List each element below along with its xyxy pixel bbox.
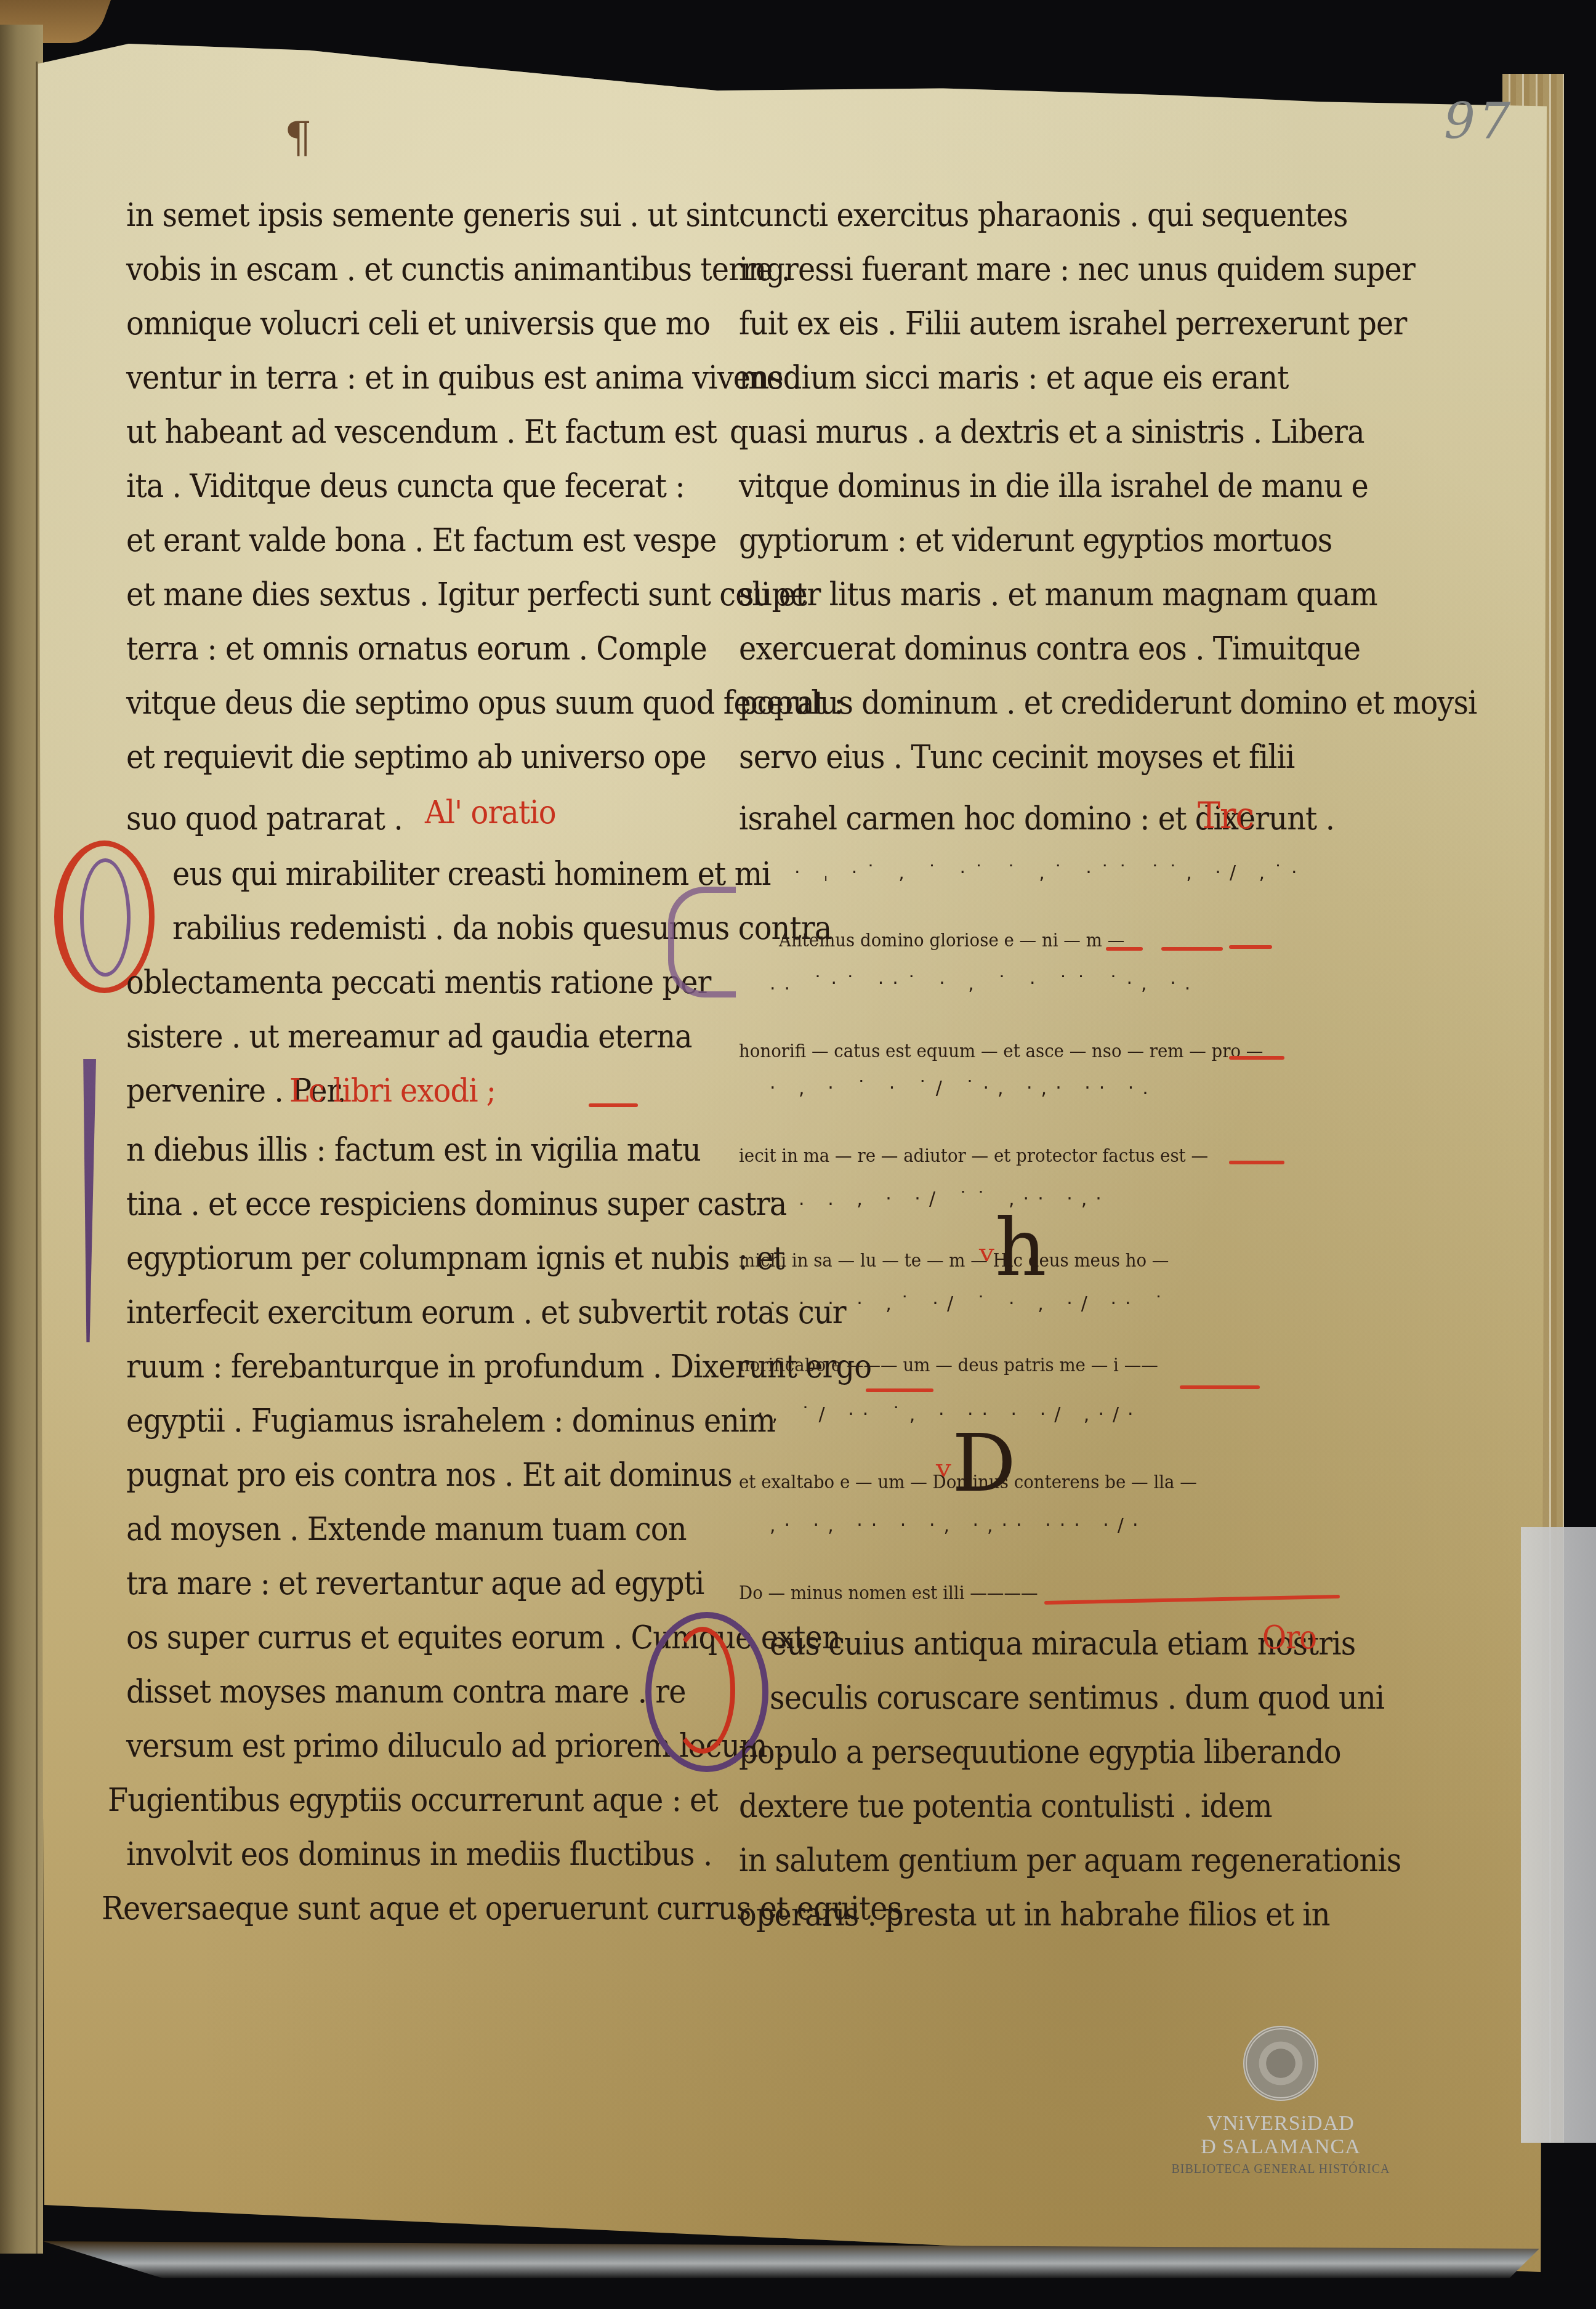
decorated-initial-C xyxy=(668,887,736,997)
neume-row: · . . , · ·/ ˙˙ ,·· ·,· xyxy=(770,1188,1110,1210)
text-line: ut habeant ad vescendum . Et factum est xyxy=(126,414,717,451)
text-line: et erant valde bona . Et factum est vesp… xyxy=(126,522,716,559)
reading-line: tina . et ecce respiciens dominus super … xyxy=(126,1186,786,1223)
neume-row: · · · · ,˙ ·/ ˙ · , ·/ ·· ˙ xyxy=(770,1293,1172,1315)
book-gutter xyxy=(0,25,43,2254)
text-line: cuncti exercitus pharaonis . qui sequent… xyxy=(739,197,1348,234)
watermark-line-2: Đ SALAMANCA xyxy=(1139,2135,1422,2159)
reading-line: pugnat pro eis contra nos . Et ait domin… xyxy=(126,1457,732,1494)
gutter-fold xyxy=(36,62,38,2254)
text-line: gyptiorum : et viderunt egyptios mortuos xyxy=(739,522,1332,559)
chant-extension-line xyxy=(1180,1385,1260,1389)
reading-line: Fugientibus egyptiis occurrerunt aque : … xyxy=(108,1782,718,1819)
reading-line: egyptii . Fugiamus israhelem : dominus e… xyxy=(126,1403,775,1440)
prayer-line: seculis coruscare sentimus . dum quod un… xyxy=(770,1680,1384,1717)
chant-text-line: Do — minus nomen est illi ———— xyxy=(739,1582,1038,1604)
prayer-line: in salutem gentium per aquam regeneratio… xyxy=(739,1842,1401,1879)
reading-line: interfecit exercitum eorum . et subverti… xyxy=(126,1294,846,1331)
rubric-tract: Trc xyxy=(1198,794,1254,837)
watermark-line-1: VNiVERSiDAD xyxy=(1139,2112,1422,2135)
chant-text-line: iecit in ma — re — adiutor — et protecto… xyxy=(739,1145,1208,1167)
chant-text-line: et exaltabo e — um — Dominus conterens b… xyxy=(739,1472,1197,1493)
prayer-line: sistere . ut mereamur ad gaudia eterna xyxy=(126,1018,692,1055)
rubric-lectio-exodi: Lc libri exodi ; xyxy=(289,1073,496,1110)
text-line: quasi murus . a dextris et a sinistris .… xyxy=(730,414,1364,451)
text-line: super litus maris . et manum magnam quam xyxy=(739,576,1377,613)
chant-text-line: michi in sa — lu — te — m — Hic deus meu… xyxy=(739,1250,1169,1271)
text-line: et requievit die septimo ab universo ope xyxy=(126,739,706,776)
chant-text-line: honorifi — catus est equum — et asce — n… xyxy=(739,1041,1263,1062)
text-line: servo eius . Tunc cecinit moyses et fili… xyxy=(739,739,1294,776)
text-line: fuit ex eis . Filii autem israhel perrex… xyxy=(739,305,1406,342)
chant-extension-line xyxy=(1106,947,1143,951)
university-seal-icon xyxy=(1243,2026,1318,2101)
text-line: exercuerat dominus contra eos . Timuitqu… xyxy=(739,631,1360,667)
rubric-oratio: Oro xyxy=(1262,1619,1316,1656)
rubric-line-filler xyxy=(589,1103,638,1107)
neume-row: .. ˙·˙ ··˙ · , ˙ · ˙˙ ˙·, ·. xyxy=(770,973,1199,994)
reading-line: n diebus illis : factum est in vigilia m… xyxy=(126,1132,701,1169)
folio-number: 97 xyxy=(1444,92,1514,150)
text-line: vitque deus die septimo opus suum quod f… xyxy=(126,685,844,722)
text-line: medium sicci maris : et aque eis erant xyxy=(739,360,1288,397)
university-watermark: VNiVERSiDAD Đ SALAMANCA BIBLIOTECA GENER… xyxy=(1139,2026,1422,2177)
reading-line: ad moysen . Extende manum tuam con xyxy=(126,1511,687,1548)
text-line: in semet ipsis semente generis sui . ut … xyxy=(126,197,739,234)
chant-extension-line xyxy=(866,1388,933,1392)
prayer-line: dextere tue potentia contulisti . idem xyxy=(739,1788,1272,1825)
neume-row: ,· ·, ·· · ·, ·,·· ··· ·/· xyxy=(770,1515,1147,1536)
initial-inner-flourish xyxy=(80,858,131,977)
reading-line: tra mare : et revertantur aque ad egypti xyxy=(126,1565,704,1602)
manuscript-photo: ¶ 97 in semet ipsis semente generis sui … xyxy=(0,0,1596,2309)
text-line: omnique volucri celi et universis que mo xyxy=(126,305,710,342)
text-line: ventur in terra : et in quibus est anima… xyxy=(126,360,800,397)
chant-initial-H: ᵛh xyxy=(979,1201,1047,1294)
chant-text-line: norificabo e ——— um — deus patris me — i… xyxy=(739,1355,1158,1376)
reading-line: egyptiorum per columpnam ignis et nubis … xyxy=(126,1240,784,1277)
reading-line: disset moyses manum contra mare . re xyxy=(126,1674,686,1711)
text-line: terra : et omnis ornatus eorum . Comple xyxy=(126,631,707,667)
chant-extension-line xyxy=(1161,947,1223,951)
chant-text-line: Antemus domino gloriose e — ni — m — xyxy=(779,930,1124,951)
chant-extension-line xyxy=(1229,1161,1284,1164)
rubric-oratio: Al' oratio xyxy=(425,794,556,831)
prayer-line: operaris . presta ut in habrahe filios e… xyxy=(739,1896,1330,1933)
text-line: ingressi fuerant mare : nec unus quidem … xyxy=(739,251,1415,288)
text-line: vitque dominus in die illa israhel de ma… xyxy=(739,468,1368,505)
text-line: suo quod patrarat . xyxy=(126,800,403,837)
chant-initial-D: ᵛD xyxy=(936,1416,1016,1510)
chant-extension-line xyxy=(1229,1056,1284,1060)
prayer-line: populo a persequutione egyptia liberando xyxy=(739,1734,1341,1771)
neume-row: · , · ˙ · ˙/ ˙·, ·,· ·· ·. xyxy=(770,1078,1157,1099)
prayer-line: eus qui mirabiliter creasti hominem et m… xyxy=(172,856,770,893)
paragraph-mark: ¶ xyxy=(284,112,312,163)
chant-extension-line xyxy=(1229,945,1272,949)
text-line: ita . Viditque deus cuncta que fecerat : xyxy=(126,468,685,505)
text-line: et mane dies sextus . Igitur perfecti su… xyxy=(126,576,807,613)
reading-line: involvit eos dominus in mediis fluctibus… xyxy=(126,1836,712,1873)
prayer-line: oblectamenta peccati mentis ratione per xyxy=(126,964,711,1001)
neume-row: · ˌ ·˙ ‚ ˙ ·˙ ˙ ,˙ ·˙˙ ˙˙, ·/ ,˙· xyxy=(794,862,1306,884)
text-line: populus dominum . et crediderunt domino … xyxy=(739,685,1477,722)
initial-inner-flourish xyxy=(670,1627,735,1754)
watermark-line-3: BIBLIOTECA GENERAL HISTÓRICA xyxy=(1139,2162,1422,2177)
text-line: vobis in escam . et cunctis animantibus … xyxy=(126,251,790,288)
tissue-interleaf xyxy=(1521,1527,1596,2143)
